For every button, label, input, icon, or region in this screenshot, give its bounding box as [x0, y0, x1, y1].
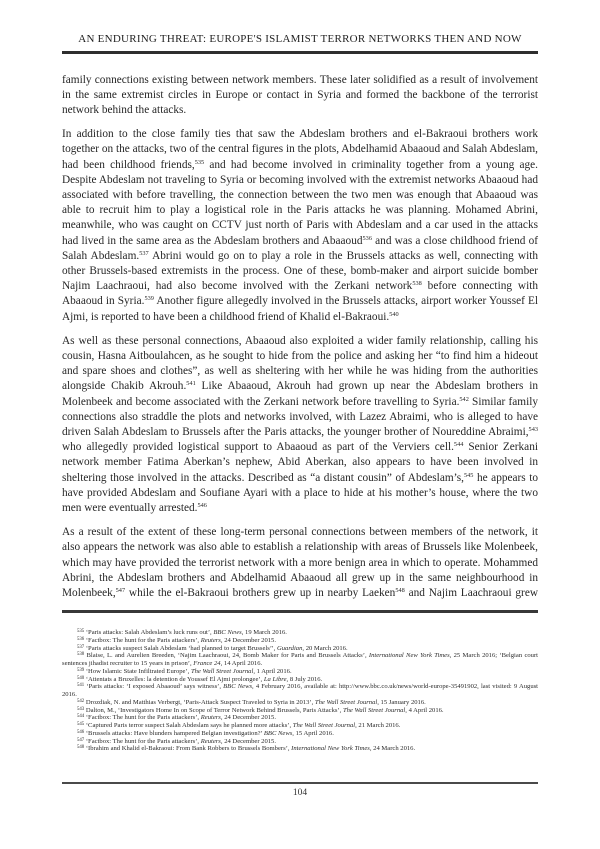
footnote-ref: 543 [529, 426, 538, 433]
document-page: AN ENDURING THREAT: EUROPE'S ISLAMIST TE… [0, 0, 600, 849]
body-text: family connections existing between netw… [62, 73, 538, 602]
footnote-ref: 547 [116, 587, 125, 594]
footnote-number: 548 [77, 745, 84, 750]
page-number: 104 [0, 788, 600, 798]
paragraph: As a result of the extent of these long-… [62, 525, 538, 601]
footnote: 538 Blaise, L. and Aurelien Breeden, ‘Na… [62, 652, 538, 668]
footnote-number: 535 [77, 629, 84, 634]
footnote: 547 ‘Factbox: The hunt for the Paris att… [62, 738, 538, 746]
footnote-ref: 542 [459, 396, 468, 403]
footnote: 540 ‘Attentats a Bruxelles: la detention… [62, 676, 538, 684]
footer-rule [62, 782, 538, 784]
footnote-ref: 538 [412, 280, 421, 287]
footnote-number: 537 [77, 645, 84, 650]
footnote-ref: 541 [186, 380, 195, 387]
footnote: 539 ‘How Islamic State Infiltrated Europ… [62, 668, 538, 676]
footnote: 535 ‘Paris attacks: Salah Abdeslam’s luc… [62, 629, 538, 637]
footnote-number: 539 [77, 668, 84, 673]
page-content: AN ENDURING THREAT: EUROPE'S ISLAMIST TE… [62, 0, 538, 610]
footnote-ref: 546 [198, 502, 207, 509]
footnote: 545 ‘Captured Paris terror suspect Salah… [62, 722, 538, 730]
footnote: 546 ‘Brussels attacks: Have blunders ham… [62, 730, 538, 738]
footnote-ref: 548 [395, 587, 404, 594]
footnote: 548 ‘Ibrahim and Khalid el-Bakraoui: Fro… [62, 745, 538, 753]
footnote-number: 541 [77, 683, 84, 688]
footnote: 537 ‘Paris attacks suspect Salah Abdesla… [62, 645, 538, 653]
footnote: 544 ‘Factbox: The hunt for the Paris att… [62, 714, 538, 722]
footnote-number: 546 [77, 730, 84, 735]
footnote-number: 544 [77, 714, 84, 719]
paragraph: In addition to the close family ties tha… [62, 127, 538, 325]
footnote-ref: 544 [454, 441, 463, 448]
footnote-ref: 536 [363, 235, 372, 242]
footnote: 536 ‘Factbox: The hunt for the Paris att… [62, 637, 538, 645]
footnote-ref: 539 [144, 295, 153, 302]
footnote-number: 545 [77, 722, 84, 727]
footnote-number: 543 [77, 707, 84, 712]
footnote-number: 540 [77, 676, 84, 681]
footnote-separator [62, 610, 538, 613]
footnote-ref: 535 [195, 159, 204, 166]
footnote: 543 Dalton, M., ‘Investigators Home In o… [62, 707, 538, 715]
report-title: AN ENDURING THREAT: EUROPE'S ISLAMIST TE… [62, 33, 538, 45]
header-rule [62, 51, 538, 54]
paragraph: As well as these personal connections, A… [62, 334, 538, 516]
footnote-ref: 537 [139, 250, 148, 257]
footnote-number: 538 [77, 652, 84, 657]
footnote-ref: 540 [389, 311, 398, 318]
footnote-number: 536 [77, 637, 84, 642]
footnote-ref: 545 [464, 472, 473, 479]
footnote: 542 Drozdiak, N. and Matthias Verbergt, … [62, 699, 538, 707]
paragraph: family connections existing between netw… [62, 73, 538, 119]
footnote: 541 ‘Paris attacks: ‘I exposed Abaaoud’ … [62, 683, 538, 699]
footnotes-list: 535 ‘Paris attacks: Salah Abdeslam’s luc… [62, 629, 538, 753]
footnote-number: 547 [77, 738, 84, 743]
footnote-number: 542 [77, 699, 84, 704]
